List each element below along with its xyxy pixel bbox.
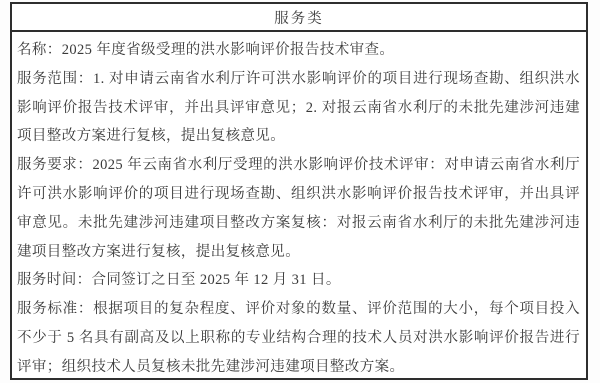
service-category-table: 服务类 名称：2025 年度省级受理的洪水影响评价报告技术审查。 服务范围：1.… bbox=[10, 2, 588, 380]
table-header-service-category: 服务类 bbox=[12, 4, 586, 32]
paragraph-service-standard: 服务标准：根据项目的复杂程度、评价对象的数量、评价范围的大小，每个项目投入不少于… bbox=[17, 295, 580, 381]
paragraph-name: 名称：2025 年度省级受理的洪水影响评价报告技术审查。 bbox=[17, 36, 580, 65]
paragraph-service-time: 服务时间：合同签订之日至 2025 年 12 月 31 日。 bbox=[17, 266, 580, 295]
paragraph-service-requirements: 服务要求：2025 年云南省水利厅受理的洪水影响评价技术评审：对申请云南省水利厅… bbox=[17, 151, 580, 266]
paragraph-service-scope: 服务范围：1. 对申请云南省水利厅许可洪水影响评价的项目进行现场查勘、组织洪水影… bbox=[17, 65, 580, 151]
table-body: 名称：2025 年度省级受理的洪水影响评价报告技术审查。 服务范围：1. 对申请… bbox=[12, 32, 586, 383]
